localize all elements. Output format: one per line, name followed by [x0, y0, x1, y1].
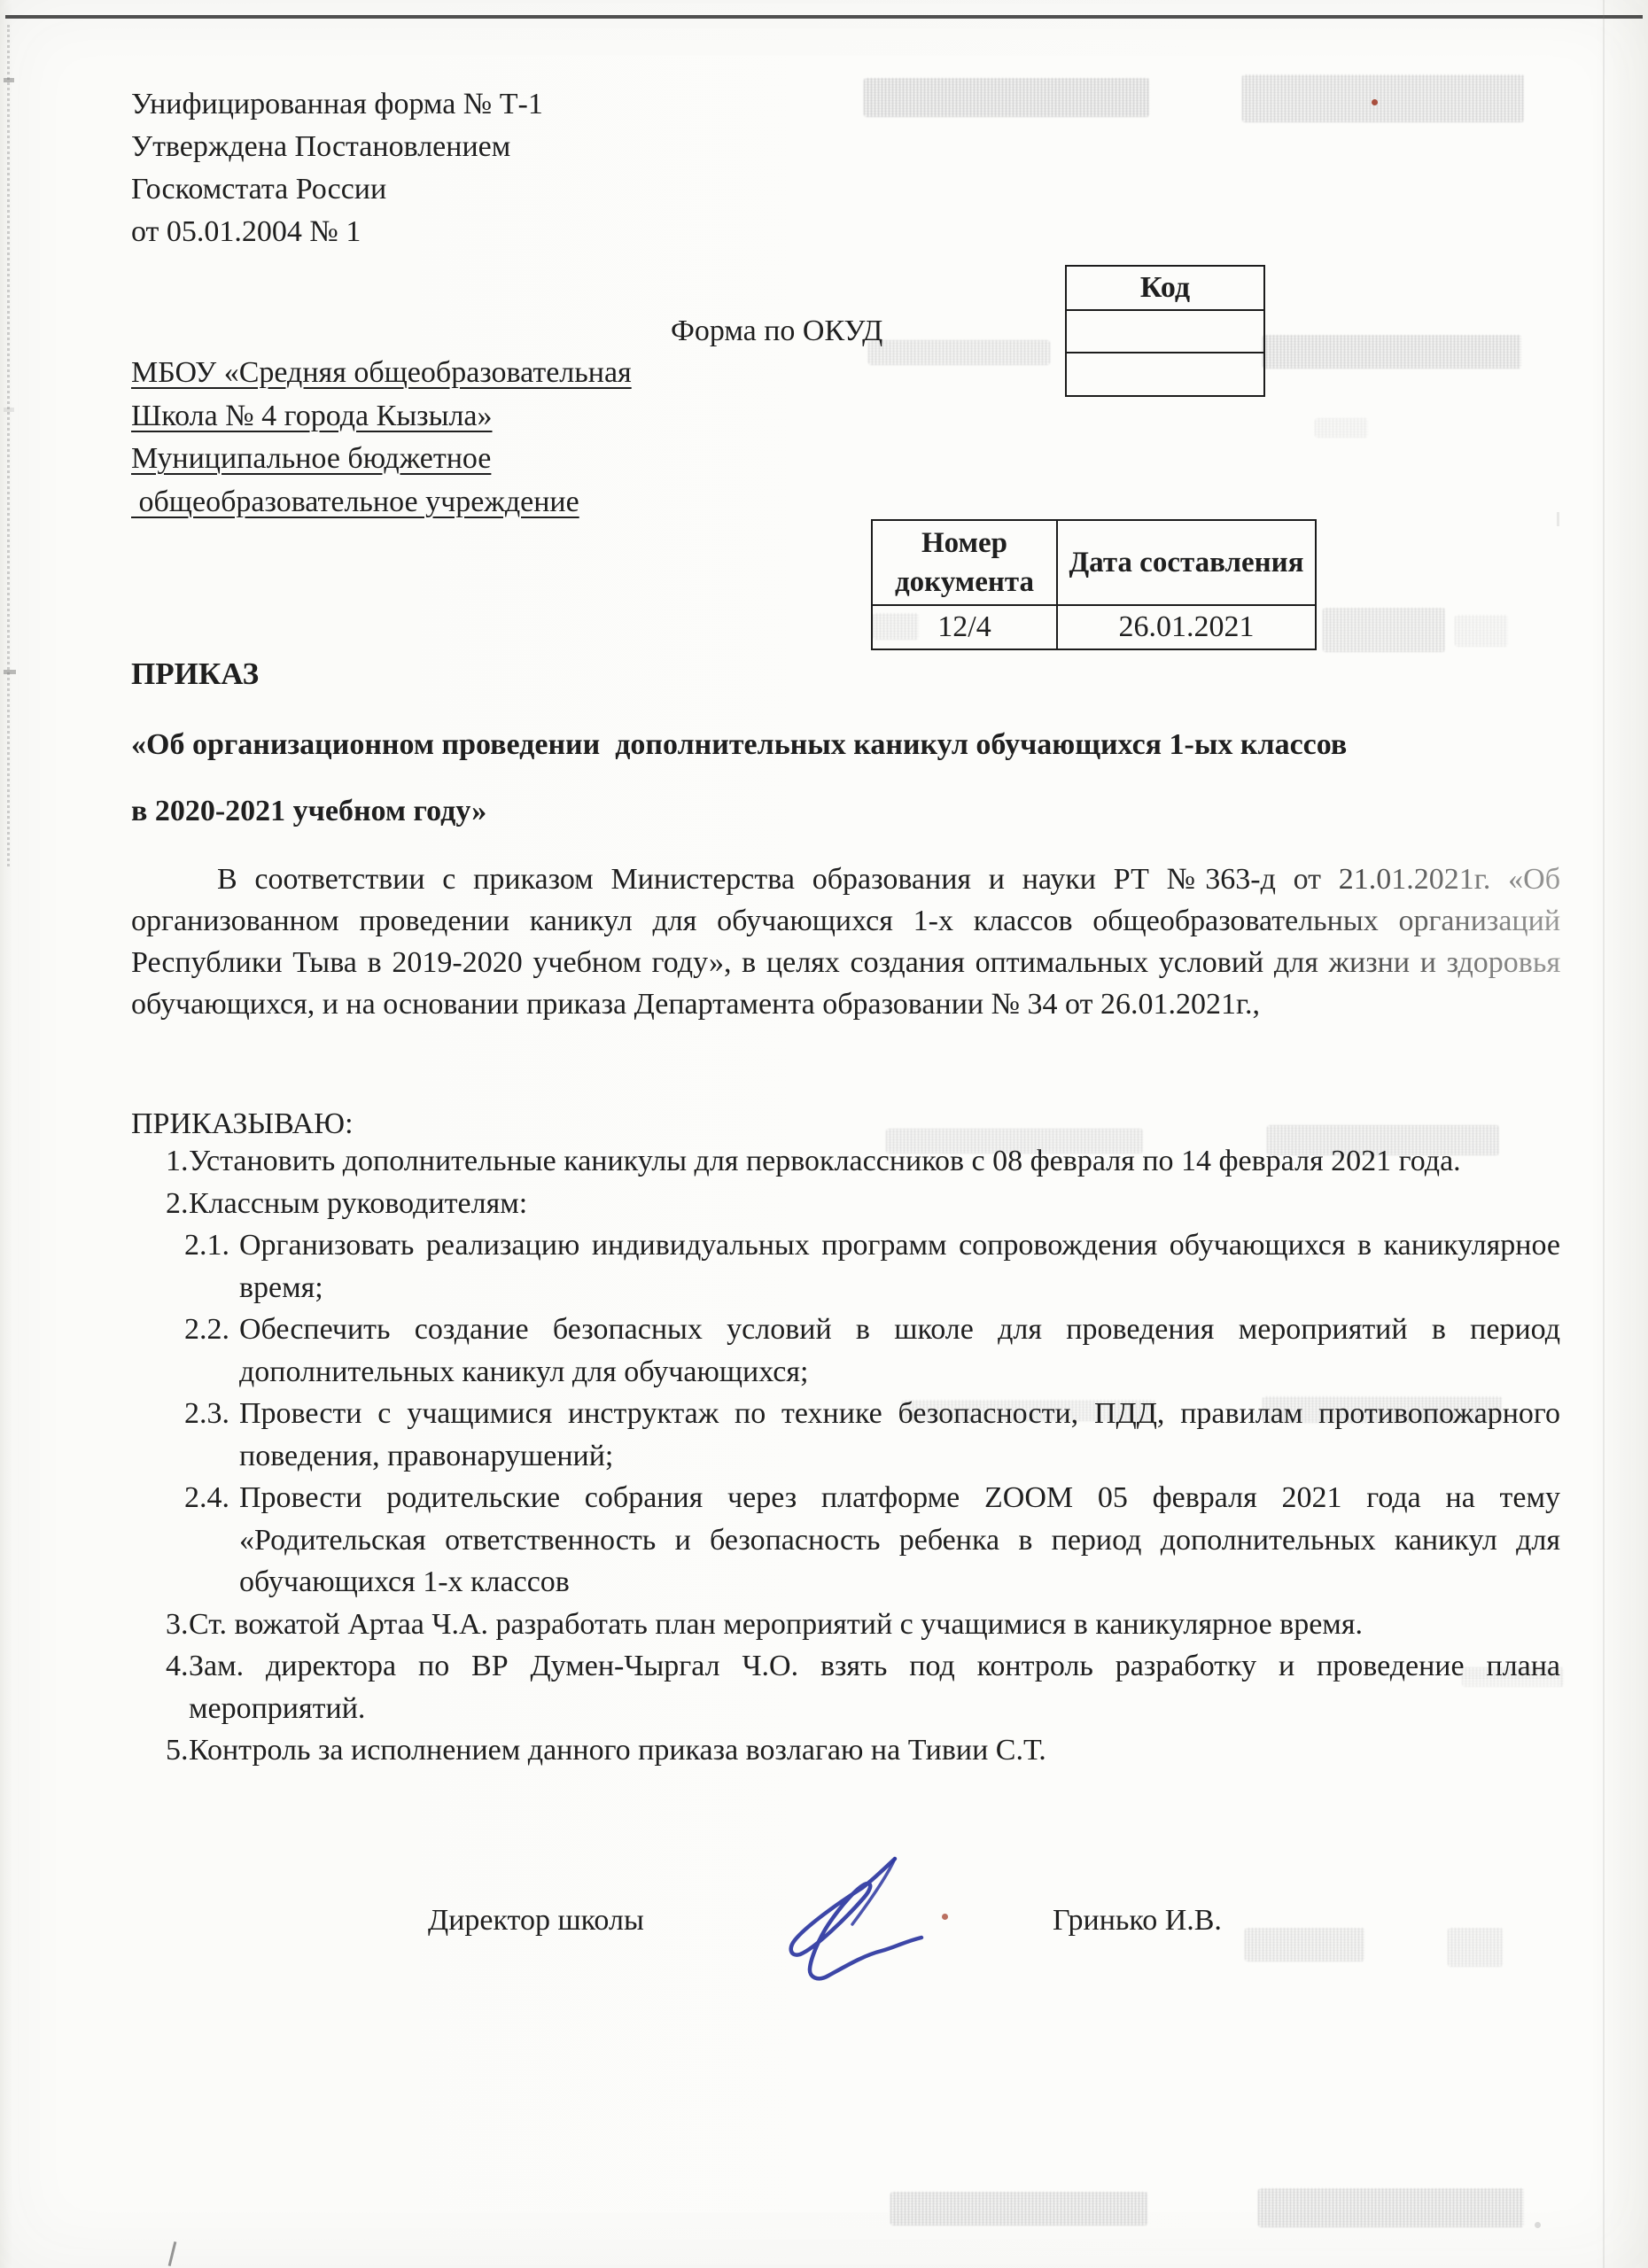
kod-table-empty-cell [1066, 353, 1264, 396]
scan-smudge [1245, 1928, 1364, 1961]
order-item-text: Контроль за исполнением данного приказа … [189, 1734, 1046, 1767]
order-subject-line1: «Об организационном проведении дополните… [131, 724, 1347, 766]
kod-table-empty-cell [1066, 310, 1264, 353]
form-note-line: Госкомстата России [131, 168, 543, 211]
scan-smudge [1263, 335, 1521, 369]
scan-smudge [1455, 615, 1508, 647]
order-item-number: 4. [166, 1645, 189, 1688]
order-item: 4.Зам. директора по ВР Думен-Чыргал Ч.О.… [166, 1645, 1560, 1729]
signature-name: Гринько И.В. [1053, 1899, 1222, 1942]
scan-smudge [868, 340, 1050, 365]
kod-table-header: Код [1066, 266, 1264, 310]
order-item-number: 2. [166, 1183, 189, 1225]
document-page: Унифицированная форма № Т-1 Утверждена П… [0, 0, 1648, 2268]
order-item-number: 5. [166, 1729, 189, 1772]
order-item: 5.Контроль за исполнением данного приказ… [166, 1729, 1560, 1772]
order-heading: ПРИКАЗ [131, 653, 259, 695]
scan-smudge [1448, 1928, 1503, 1967]
form-note-line: от 05.01.2004 № 1 [131, 211, 543, 253]
order-subitem: 2.4.Провести родительские собрания через… [184, 1477, 1560, 1604]
scan-top-edge-line [5, 15, 1643, 19]
order-item-text: Классным руководителям: [189, 1187, 527, 1220]
order-list: 1.Установить дополнительные каникулы для… [131, 1140, 1560, 1772]
order-subitem: 2.1.Организовать реализацию индивидуальн… [184, 1224, 1560, 1309]
scan-speck [168, 2241, 177, 2266]
order-subitem: 2.2.Обеспечить создание безопасных услов… [184, 1309, 1560, 1393]
scan-speck [1557, 512, 1559, 526]
scan-speck [1535, 2222, 1541, 2228]
order-item-number: 3. [166, 1604, 189, 1646]
doc-number-header: Номер документа [872, 520, 1057, 605]
scan-smudge [1323, 608, 1445, 652]
order-item-number: 2.4. [184, 1477, 239, 1519]
scan-speck [4, 78, 14, 82]
order-item-text: Провести с учащимися инструктаж по техни… [239, 1397, 1560, 1472]
doc-date-header: Дата составления [1057, 520, 1316, 605]
signature-ink [735, 1816, 983, 2082]
order-preamble: В соответствии с приказом Министерства о… [131, 858, 1560, 1025]
scan-smudge [864, 78, 1149, 117]
organization-line: МБОУ «Средняя общеобразовательная [131, 352, 632, 395]
doc-number-value: 12/4 [872, 605, 1057, 649]
okud-label: Форма по ОКУД [671, 310, 882, 353]
organization-line: общеобразовательное учреждение [131, 481, 632, 524]
kod-table: Код [1065, 265, 1265, 397]
doc-date-value: 26.01.2021 [1057, 605, 1316, 649]
organization-line: Муниципальное бюджетное [131, 438, 632, 481]
form-note-line: Унифицированная форма № Т-1 [131, 83, 543, 126]
organization-line: Школа № 4 города Кызыла» [131, 395, 632, 439]
form-note: Унифицированная форма № Т-1 Утверждена П… [131, 83, 543, 253]
order-item-text: Провести родительские собрания через пла… [239, 1481, 1560, 1598]
order-item-number: 1. [166, 1140, 189, 1183]
order-item-text: Обеспечить создание безопасных условий в… [239, 1313, 1560, 1388]
scan-left-edge-line [7, 25, 10, 866]
order-subject-line2: в 2020-2021 учебном году» [131, 790, 486, 833]
order-item: 3.Ст. вожатой Артаа Ч.А. разработать пла… [166, 1604, 1560, 1646]
order-item-number: 2.3. [184, 1393, 239, 1435]
order-item-number: 2.2. [184, 1309, 239, 1351]
scan-speck [4, 670, 16, 674]
scan-smudge [1315, 418, 1368, 438]
order-item-text: Ст. вожатой Артаа Ч.А. разработать план … [189, 1608, 1363, 1641]
scan-smudge [1258, 2188, 1524, 2227]
signature-role: Директор школы [428, 1899, 644, 1942]
scan-right-edge-line [1603, 0, 1605, 2268]
scan-red-dot [1372, 99, 1378, 105]
order-subitem: 2.3.Провести с учащимися инструктаж по т… [184, 1393, 1560, 1477]
order-item-number: 2.1. [184, 1224, 239, 1267]
scan-speck [4, 408, 14, 412]
scan-smudge [890, 2192, 1147, 2225]
order-item-text: Установить дополнительные каникулы для п… [189, 1145, 1461, 1177]
order-resolution: ПРИКАЗЫВАЮ: [131, 1103, 354, 1146]
organization-name: МБОУ «Средняя общеобразовательная Школа … [131, 352, 632, 524]
doc-info-table: Номер документа Дата составления 12/4 26… [871, 519, 1317, 650]
form-note-line: Утверждена Постановлением [131, 126, 543, 168]
order-item: 2.Классным руководителям: [166, 1183, 1560, 1225]
order-item: 1.Установить дополнительные каникулы для… [166, 1140, 1560, 1183]
order-item-text: Организовать реализацию индивидуальных п… [239, 1229, 1560, 1304]
order-item-text: Зам. директора по ВР Думен-Чыргал Ч.О. в… [189, 1650, 1560, 1725]
scan-smudge [1242, 74, 1524, 122]
